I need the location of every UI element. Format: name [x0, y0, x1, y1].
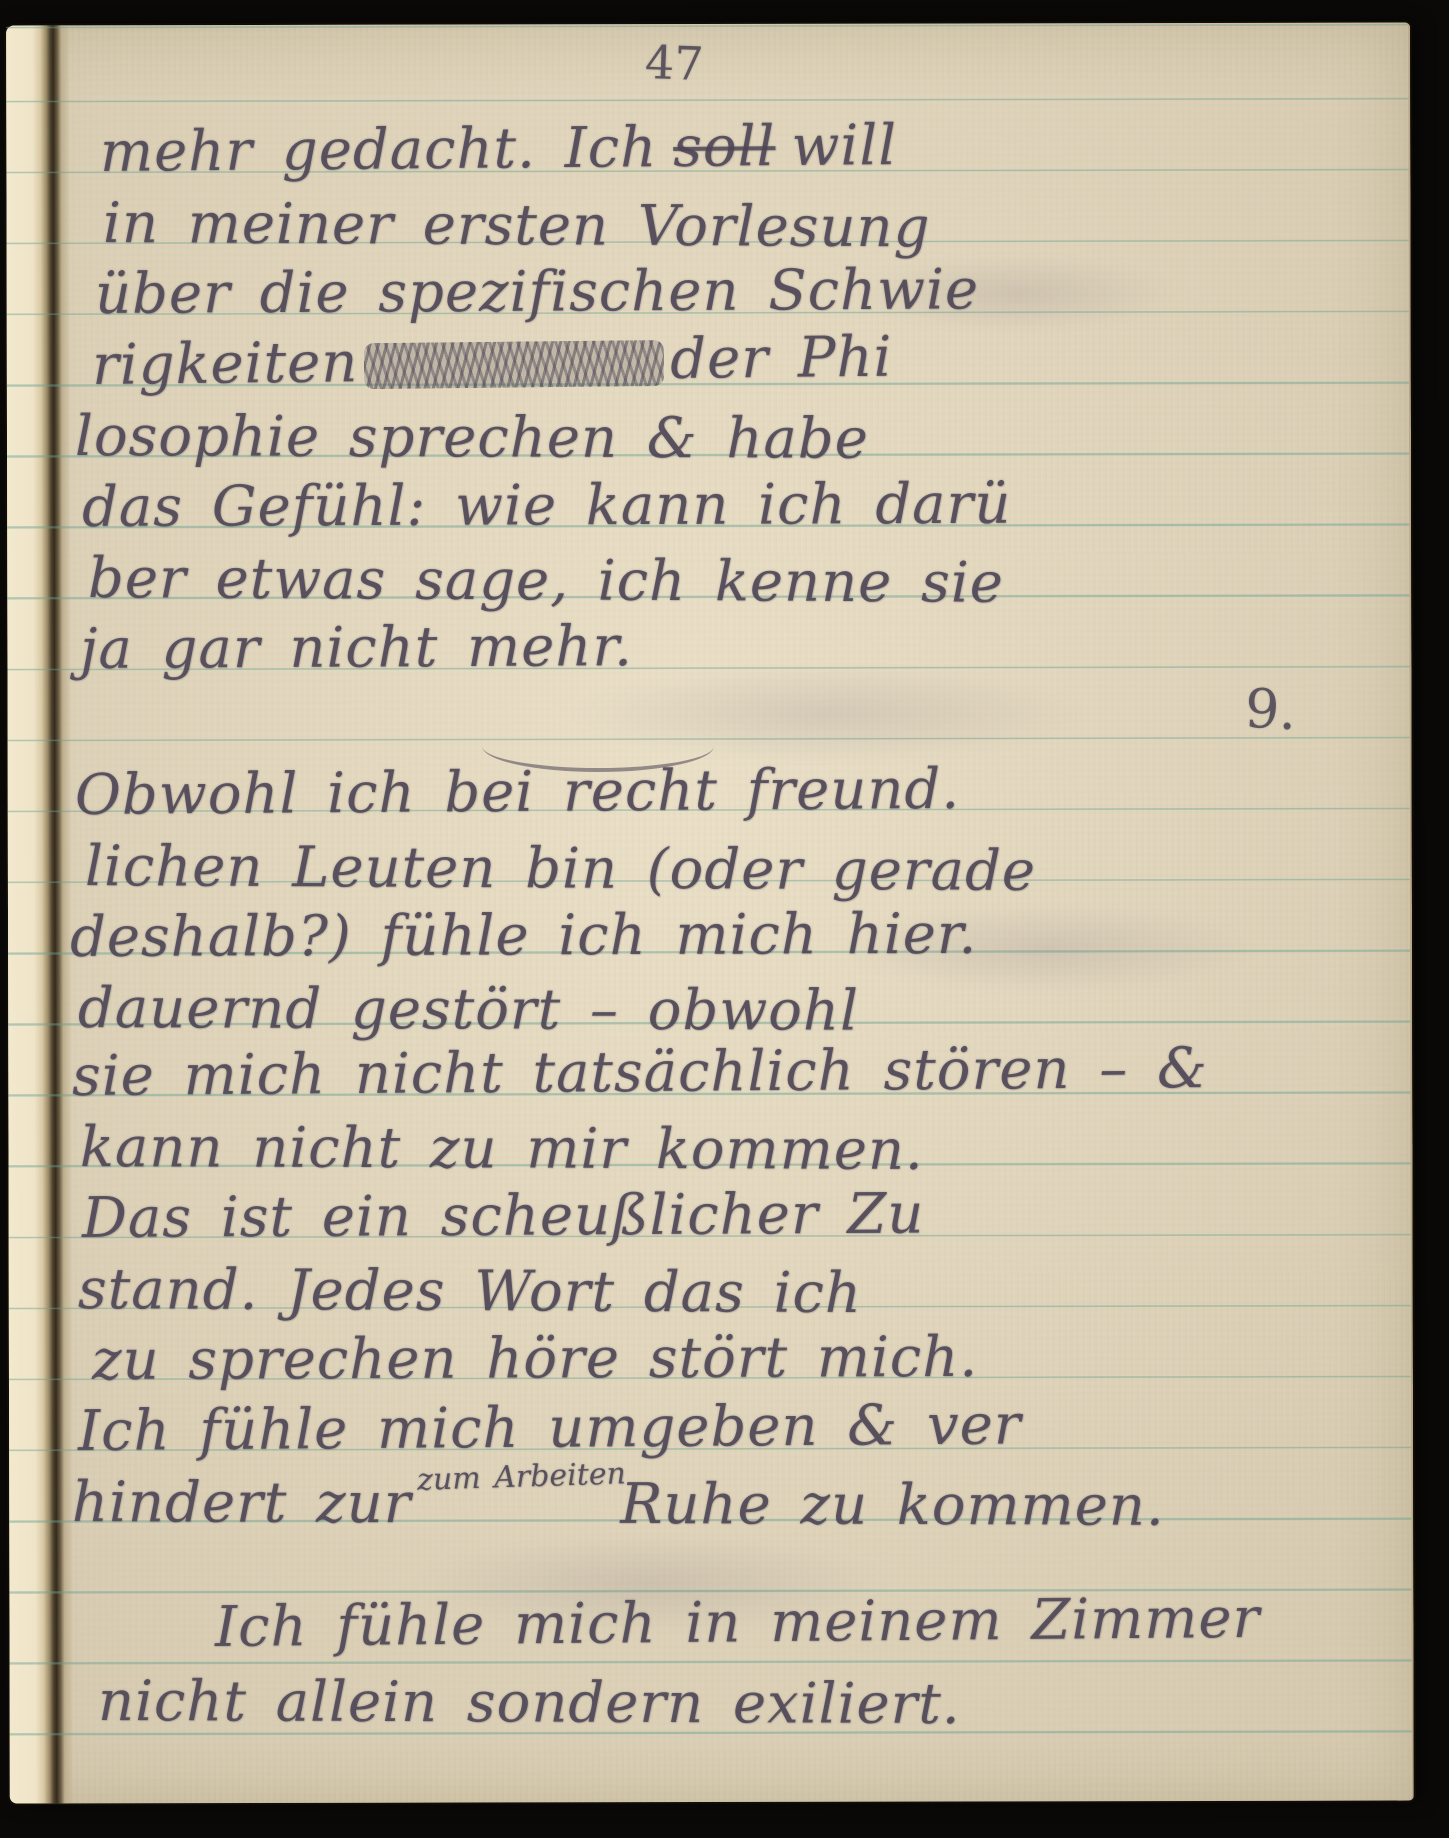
handwriting-line: Obwohl ich bei recht freund.	[75, 762, 960, 824]
handwriting-line: losophie sprechen & habe	[75, 409, 869, 468]
handwriting-line: rigkeitender Phi	[92, 330, 893, 394]
handwriting-line: hindert zurzum ArbeitenRuhe zu kommen.	[72, 1475, 1165, 1535]
line-text: rigkeiten	[92, 335, 359, 394]
handwriting-line: ber etwas sage, ich kenne sie	[88, 551, 1004, 612]
handwriting-line: in meiner ersten Vorlesung	[103, 196, 931, 256]
handwriting-line: Das ist ein scheußlicher Zu	[82, 1187, 925, 1247]
line-text: Ruhe zu kommen.	[620, 1477, 1165, 1535]
line-text: will	[791, 118, 897, 175]
handwriting-layer: 47 mehr gedacht. Ichsollwill in meiner e…	[0, 0, 1449, 1838]
handwriting-line: das Gefühl: wie kann ich darü	[82, 477, 1012, 536]
handwriting-line: Ich fühle mich in meinem Zimmer	[215, 1591, 1261, 1656]
struck-word: soll	[673, 119, 776, 176]
handwriting-line: dauernd gestört – obwohl	[78, 981, 859, 1040]
handwriting-line: nicht allein sondern exiliert.	[98, 1674, 961, 1733]
line-text: der Phi	[670, 330, 893, 388]
handwriting-line: mehr gedacht. Ichsollwill	[100, 118, 898, 181]
handwriting-line: sie mich nicht tatsächlich stören – &	[72, 1041, 1208, 1105]
handwriting-line: deshalb?) fühle ich mich hier.	[70, 907, 977, 966]
line-text: hindert zur	[72, 1475, 412, 1532]
line-text: mehr gedacht. Ich	[100, 120, 658, 181]
scribbled-out-word	[364, 340, 664, 389]
handwriting-line: zu sprechen höre stört mich.	[92, 1330, 978, 1389]
handwriting-line: stand. Jedes Wort das ich	[78, 1262, 862, 1322]
interline-insertion: zum Arbeiten	[417, 1459, 627, 1496]
photo-backdrop: 47 mehr gedacht. Ichsollwill in meiner e…	[0, 0, 1449, 1838]
page-number: 47	[644, 35, 704, 91]
handwriting-line: ja gar nicht mehr.	[80, 619, 633, 678]
handwriting-line: Ich fühle mich umgeben & ver	[78, 1397, 1022, 1460]
handwriting-line: kann nicht zu mir kommen.	[80, 1120, 924, 1179]
handwriting-line: über die spezifischen Schwie	[95, 262, 979, 323]
handwriting-line: lichen Leuten bin (oder gerade	[85, 839, 1036, 900]
entry-number: 9.	[1243, 677, 1298, 743]
